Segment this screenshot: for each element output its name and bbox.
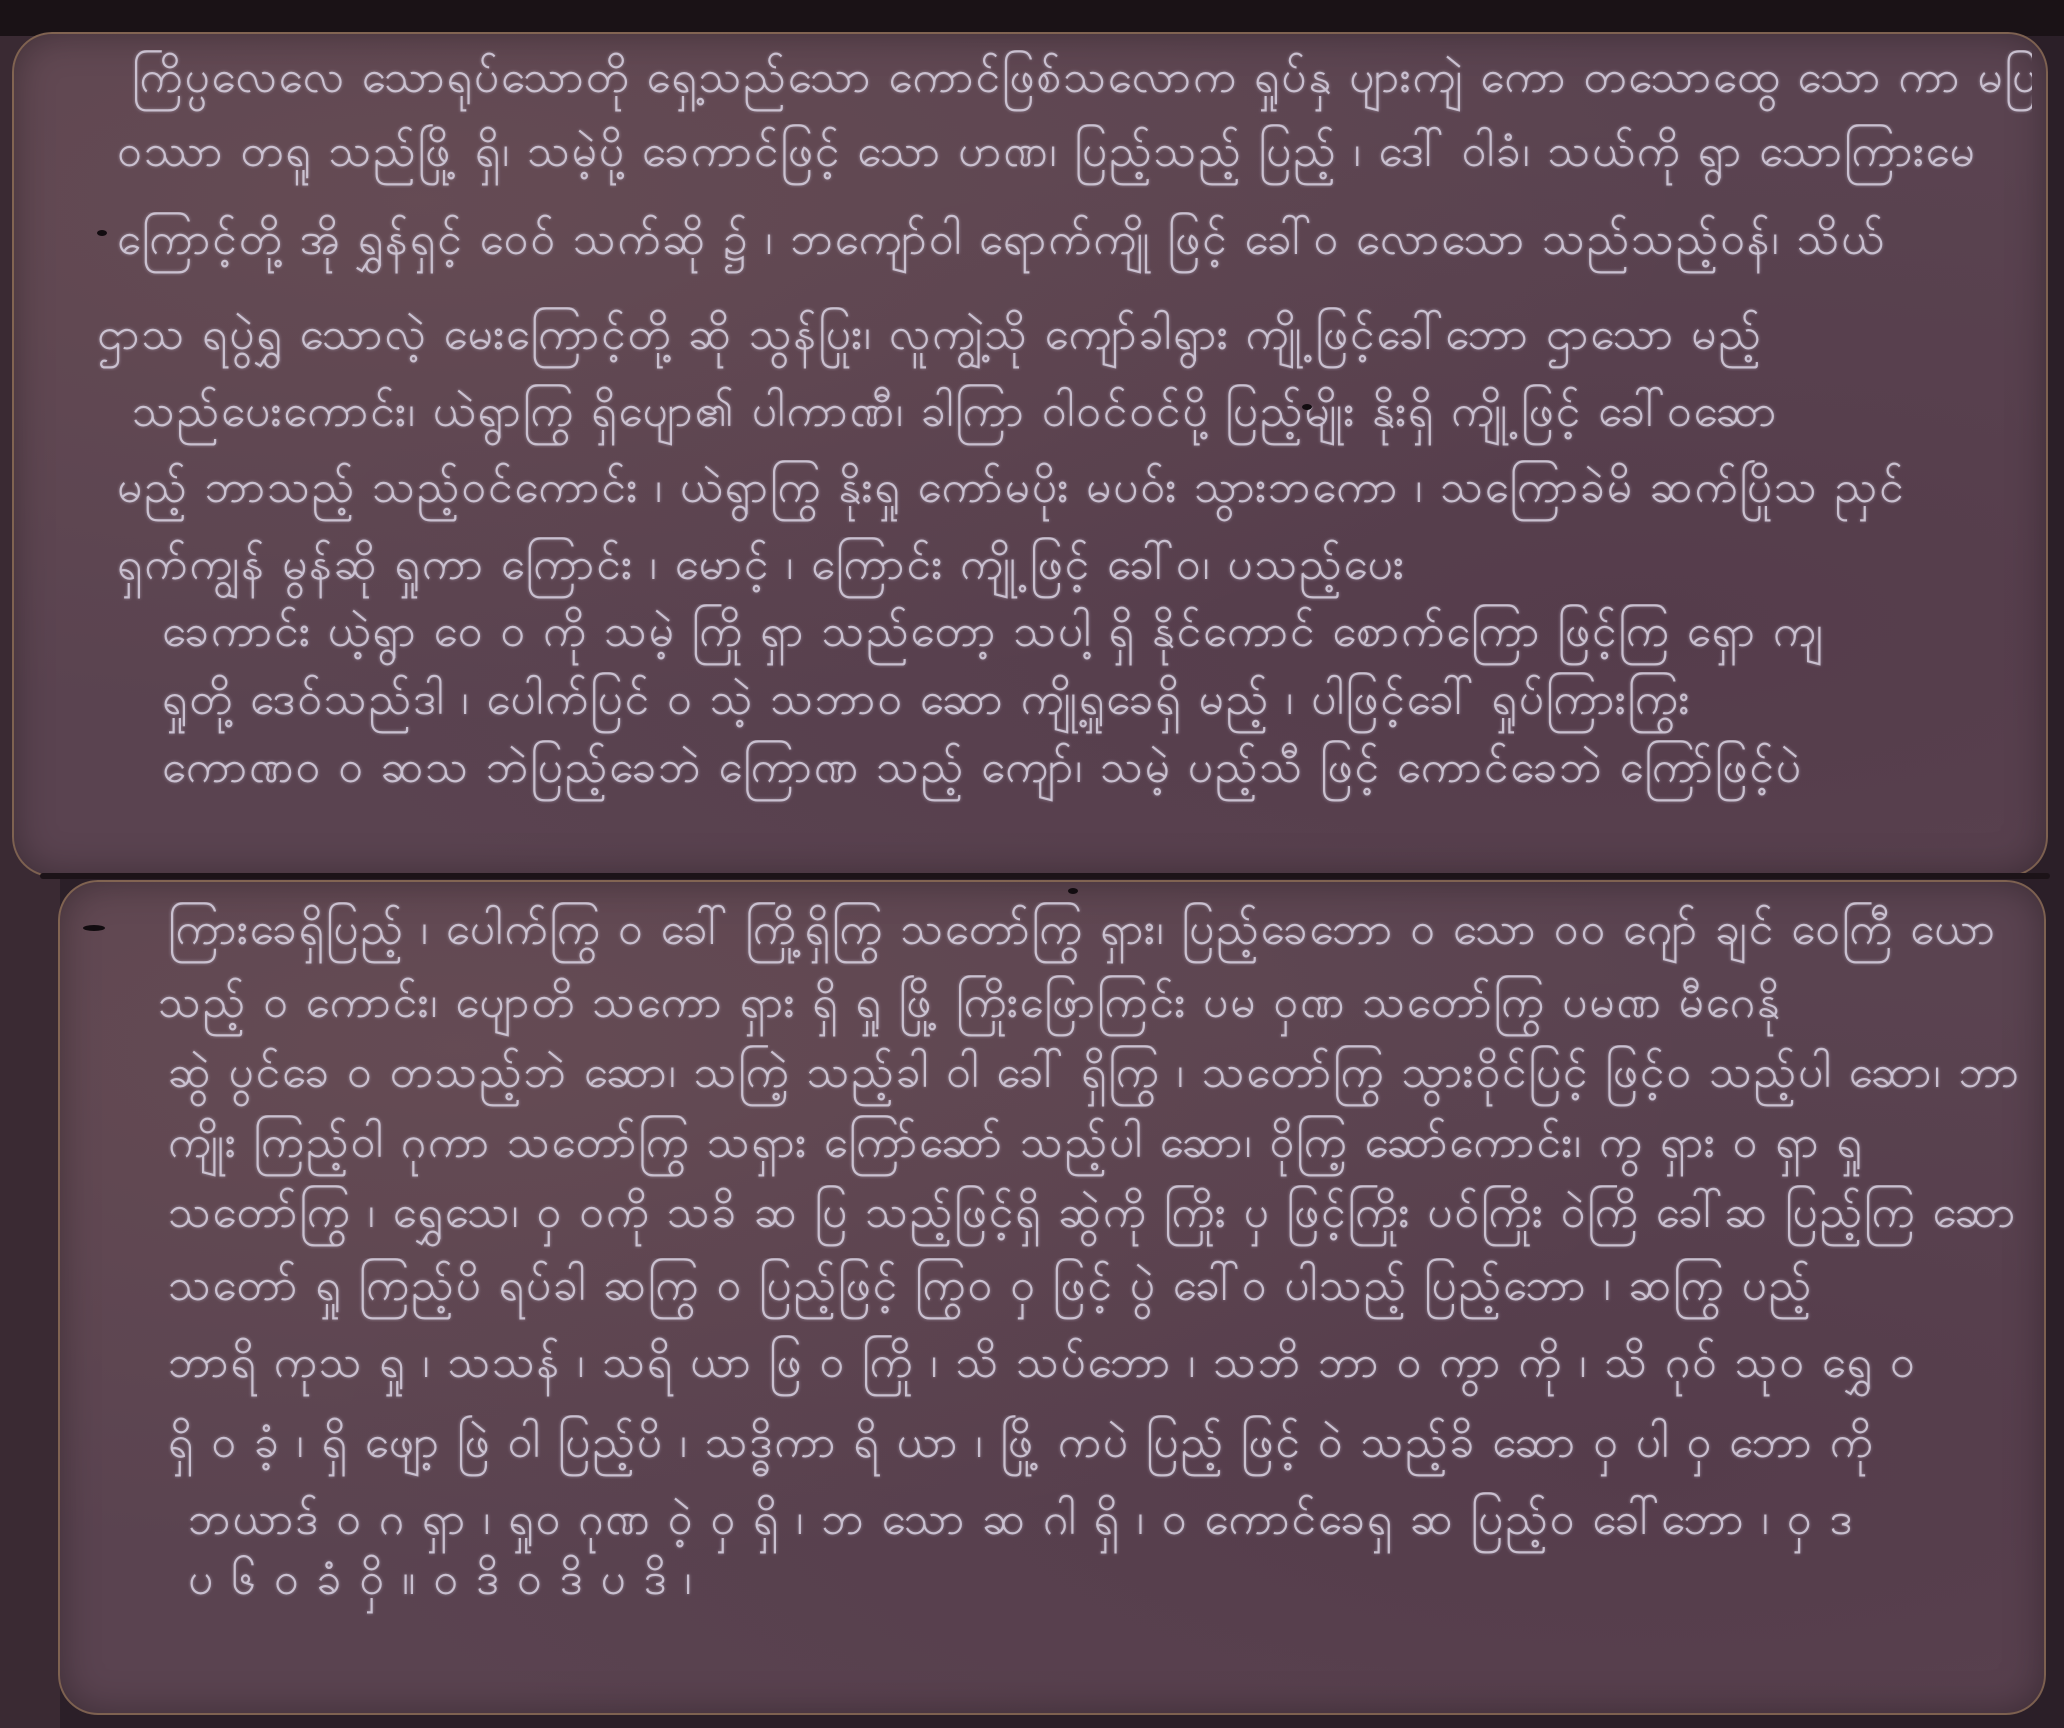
script-line: ကြိပ္ပလေလေ သောရုပ်သောတို ရှေ့သည်သော ကောင… bbox=[132, 50, 2032, 114]
script-line: ရှိ ဝ ခံ့ ၊ ရှိ ဖျော့ ဖြဲ ဝါ ပြည့်ပိ ၊ သ… bbox=[168, 1415, 2028, 1479]
paper-damage-speck bbox=[97, 230, 107, 236]
script-line: ဆွဲ ပွင်ခေ ဝ တသည့်ဘဲ ဆော၊ သကြဲ့ သည့်ခါ ဝ… bbox=[168, 1045, 2028, 1109]
script-line: ကောဏဝ ဝ ဆသ ဘဲပြည့်ခေဘဲ ကြောဏ သည့် ကျော်၊… bbox=[162, 740, 2022, 804]
text-block-top: ကြိပ္ပလေလေ သောရုပ်သောတို ရှေ့သည်သော ကောင… bbox=[12, 32, 2048, 877]
script-line: ရှက်ကျွန် မွန်ဆို ရှုကာ ကြောင်း ၊ မောင့်… bbox=[117, 537, 2037, 601]
background-top-strip bbox=[0, 0, 2064, 36]
script-line: သတော် ရှု ကြည့်ပိ ရပ်ခါ ဆကြွ ဝ ပြည့်ဖြင့… bbox=[168, 1258, 2028, 1322]
script-line: သည့် ဝ ကောင်း၊ ပျောတိ သကော ရှား ရှိ ရှု … bbox=[158, 975, 2028, 1039]
script-line: ပ ၆ ဝ ခံ ဝှိ ။ ဝ ဒိ ဝ ဒိ ပ ဒိ ၊ bbox=[188, 1552, 2028, 1616]
script-line: ခေကာင်း ယဲ့ရွာ ဝေ ၀ ကို သမဲ့ ကြို ရှာ သည… bbox=[162, 604, 2032, 668]
script-line: ကြောင့်တို့ အို ရွှန်ရှင့် ဝေဝ် သက်ဆို ၌… bbox=[117, 212, 2037, 276]
paper-damage-speck bbox=[1302, 404, 1312, 410]
script-line: မည့် ဘာသည့် သည့်ဝင်ကောင်း ၊ ယဲရွာကြွ နို… bbox=[117, 460, 2037, 524]
script-line: ရှုတို့ ဒေဝ်သည်ဒါ ၊ ပေါက်ပြင် ဝ သဲ့ သဘာဝ… bbox=[162, 672, 2032, 736]
script-line: ဝဿာ တရူ သည်ဖြို့ ရှိ၊ သမဲ့ပို့ ခေကာင်ဖြင… bbox=[117, 124, 2027, 188]
manuscript-folio-top: ကြိပ္ပလေလေ သောရုပ်သောတို ရှေ့သည်သော ကောင… bbox=[12, 32, 2048, 877]
fold-crease bbox=[40, 873, 2050, 879]
script-line: ဘယာဒ် ဝ ဂ ရှာ ၊ ရှုဝ ဂုဏ ဝဲ့ ဝှ ရှိ ၊ ဘ … bbox=[188, 1492, 2028, 1556]
script-line: ဌာသ ရပွဲရွှ သောလဲ့ မေးကြောင့်တို့ ဆို သွ… bbox=[97, 307, 2027, 371]
paper-damage-speck bbox=[83, 925, 105, 931]
manuscript-folio-bottom: ကြားခေရှိပြည့် ၊ ပေါက်ကြွ ဝ ခေါ် ကြို့ရှ… bbox=[58, 880, 2046, 1715]
script-line: သတော်ကြွ ၊ ရွှေသေ၊ ဝှ ဝကို သခိ ဆ ပြ သည့်… bbox=[168, 1185, 2028, 1249]
script-line: ဘာရိ ကုသ ရှု ၊ သသန် ၊ သရိ ယာ ဖြ ဝ ကြို ၊… bbox=[168, 1335, 2028, 1399]
script-line: ကျိုး ကြည့်ဝါ ဂုကာ သတော်ကြွ သရှား ကြော်ဆ… bbox=[168, 1115, 2028, 1179]
script-line: ကြားခေရှိပြည့် ၊ ပေါက်ကြွ ဝ ခေါ် ကြို့ရှ… bbox=[168, 902, 2028, 966]
text-block-bottom: ကြားခေရှိပြည့် ၊ ပေါက်ကြွ ဝ ခေါ် ကြို့ရှ… bbox=[58, 880, 2046, 1715]
script-line: သည်ပေးကောင်း၊ ယဲရွာကြွ ရှိပျော၏ ပါကာဏီ၊ … bbox=[132, 384, 2032, 448]
paper-damage-speck bbox=[1068, 888, 1078, 894]
